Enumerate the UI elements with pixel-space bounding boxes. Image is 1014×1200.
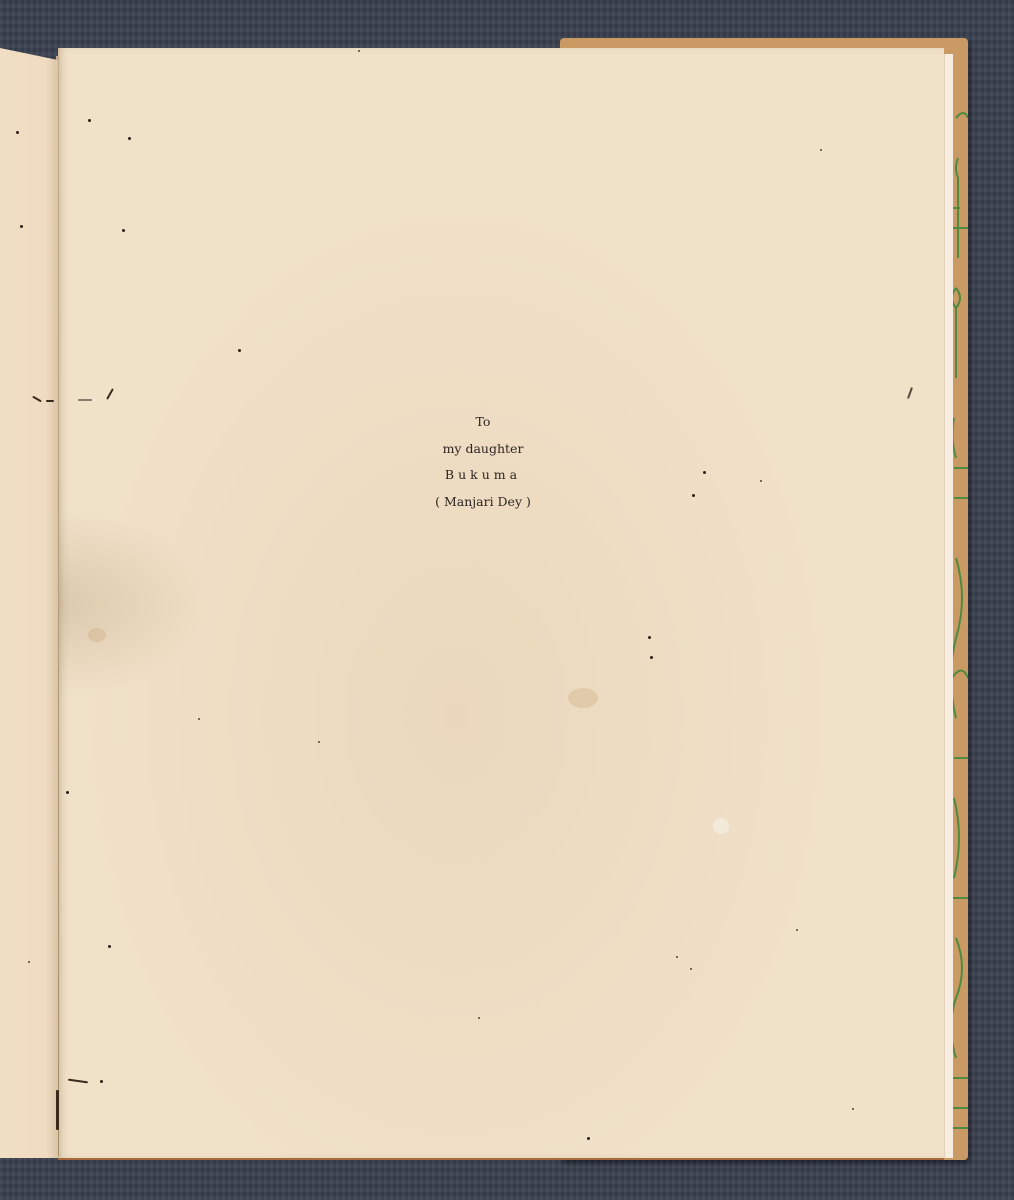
speck — [358, 50, 360, 52]
speck — [852, 1108, 854, 1110]
dedication-line-daughter: my daughter — [0, 436, 966, 463]
speck — [122, 229, 125, 232]
speck — [100, 1080, 103, 1083]
speck — [648, 636, 651, 639]
dedication-line-to: To — [0, 409, 966, 436]
speck — [692, 494, 695, 497]
foxing-stain — [568, 688, 598, 708]
photo-scene: To my daughter Bukuma ( Manjari Dey ) — [0, 0, 1014, 1200]
dedication-text: To my daughter Bukuma ( Manjari Dey ) — [0, 409, 966, 515]
tear-mark — [46, 400, 54, 402]
speck — [820, 149, 822, 151]
speck — [318, 741, 320, 743]
speck — [478, 1017, 480, 1019]
speck — [198, 718, 200, 720]
speck — [66, 791, 69, 794]
dedication-line-fullname: ( Manjari Dey ) — [0, 489, 966, 516]
speck — [20, 225, 23, 228]
speck — [16, 131, 19, 134]
gutter-wear — [56, 1090, 59, 1130]
speck — [88, 119, 91, 122]
left-page — [0, 48, 58, 1158]
right-page — [58, 48, 944, 1160]
speck — [650, 656, 653, 659]
speck — [587, 1137, 590, 1140]
speck — [703, 471, 706, 474]
speck — [796, 929, 798, 931]
foxing-stain — [713, 818, 729, 834]
speck — [760, 480, 762, 482]
tear-mark — [78, 399, 92, 401]
speck — [108, 945, 111, 948]
dedication-line-name: Bukuma — [0, 462, 966, 489]
speck — [676, 956, 678, 958]
speck — [28, 961, 30, 963]
speck — [690, 968, 692, 970]
speck — [238, 349, 241, 352]
foxing-stain — [88, 628, 106, 642]
speck — [128, 137, 131, 140]
page-stack-edge — [944, 54, 953, 1158]
